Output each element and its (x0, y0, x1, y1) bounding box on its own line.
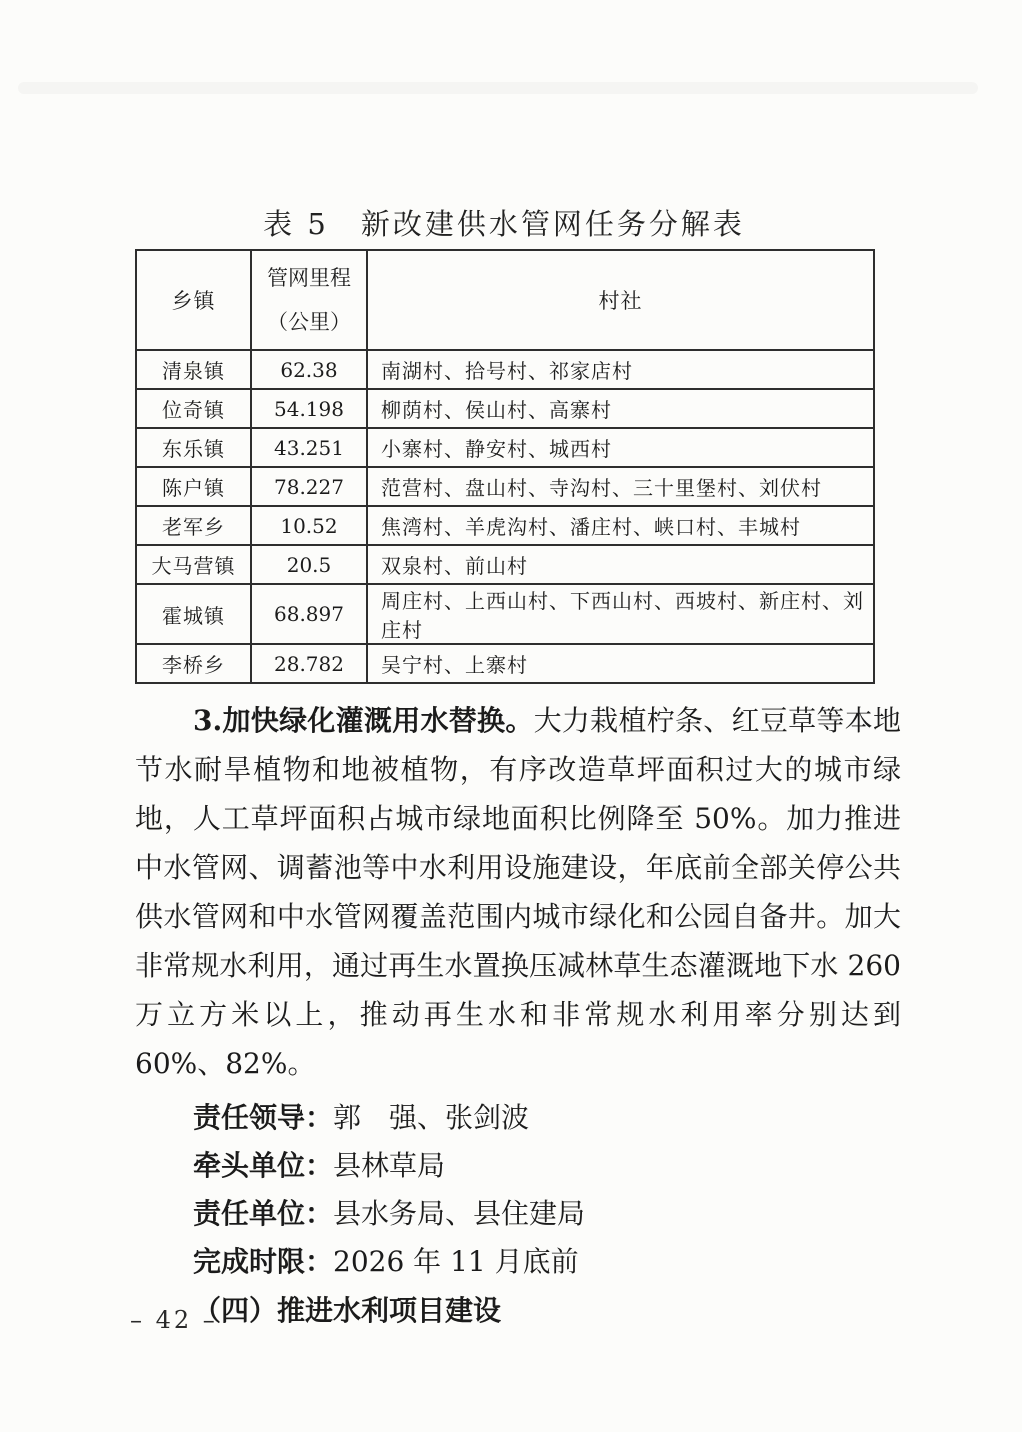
document-page: 表 5 新改建供水管网任务分解表 乡镇 管网里程 （公里） 村社 清泉镇 (0, 0, 1022, 1432)
town-cell: 陈户镇 (136, 467, 251, 506)
header-town: 乡镇 (136, 250, 251, 350)
town-cell: 霍城镇 (136, 584, 251, 644)
detail-value: 郭 强、张剑波 (333, 1101, 529, 1134)
table-row: 清泉镇 62.38 南湖村、拾号村、祁家店村 (136, 350, 874, 389)
table-row: 老军乡 10.52 焦湾村、羊虎沟村、潘庄村、峡口村、丰城村 (136, 506, 874, 545)
villages-cell: 吴宁村、上寨村 (367, 644, 874, 683)
mileage-cell: 28.782 (251, 644, 367, 683)
mileage-cell: 78.227 (251, 467, 367, 506)
detail-label: 责任单位： (193, 1197, 333, 1230)
villages-cell: 柳荫村、侯山村、高寨村 (367, 389, 874, 428)
table-row: 东乐镇 43.251 小寨村、静安村、城西村 (136, 428, 874, 467)
header-mileage: 管网里程 （公里） (251, 250, 367, 350)
paragraph-body: 大力栽植柠条、红豆草等本地节水耐旱植物和地被植物，有序改造草坪面积过大的城市绿地… (135, 704, 901, 1080)
detail-value: 2026 年 11 月底前 (333, 1245, 579, 1278)
detail-line-lead-unit: 牵头单位：县林草局 (135, 1142, 901, 1190)
detail-value: 县林草局 (333, 1149, 445, 1182)
villages-cell: 周庄村、上西山村、下西山村、西坡村、新庄村、刘庄村 (367, 584, 874, 644)
table-row: 陈户镇 78.227 范营村、盘山村、寺沟村、三十里堡村、刘伏村 (136, 467, 874, 506)
town-cell: 大马营镇 (136, 545, 251, 584)
villages-cell: 范营村、盘山村、寺沟村、三十里堡村、刘伏村 (367, 467, 874, 506)
table-row: 大马营镇 20.5 双泉村、前山村 (136, 545, 874, 584)
pipeline-task-table: 乡镇 管网里程 （公里） 村社 清泉镇 62.38 南湖村、拾号村、祁家店村 位… (135, 249, 875, 684)
mileage-cell: 68.897 (251, 584, 367, 644)
table-header-row: 乡镇 管网里程 （公里） 村社 (136, 250, 874, 350)
header-mileage-line1: 管网里程 (252, 256, 366, 300)
header-villages: 村社 (367, 250, 874, 350)
detail-label: 完成时限： (193, 1245, 333, 1278)
responsibility-details: 责任领导：郭 强、张剑波 牵头单位：县林草局 责任单位：县水务局、县住建局 完成… (135, 1094, 901, 1286)
detail-label: 责任领导： (193, 1101, 333, 1134)
mileage-cell: 20.5 (251, 545, 367, 584)
table-row: 霍城镇 68.897 周庄村、上西山村、下西山村、西坡村、新庄村、刘庄村 (136, 584, 874, 644)
table-title: 表 5 新改建供水管网任务分解表 (135, 202, 873, 243)
town-cell: 老军乡 (136, 506, 251, 545)
town-cell: 东乐镇 (136, 428, 251, 467)
villages-cell: 小寨村、静安村、城西村 (367, 428, 874, 467)
detail-line-leader: 责任领导：郭 强、张剑波 (135, 1094, 901, 1142)
header-mileage-line2: （公里） (252, 300, 366, 344)
detail-value: 县水务局、县住建局 (333, 1197, 585, 1230)
page-content: 表 5 新改建供水管网任务分解表 乡镇 管网里程 （公里） 村社 清泉镇 (135, 0, 901, 1336)
villages-cell: 南湖村、拾号村、祁家店村 (367, 350, 874, 389)
table-row: 位奇镇 54.198 柳荫村、侯山村、高寨村 (136, 389, 874, 428)
mileage-cell: 10.52 (251, 506, 367, 545)
villages-cell: 双泉村、前山村 (367, 545, 874, 584)
villages-cell: 焦湾村、羊虎沟村、潘庄村、峡口村、丰城村 (367, 506, 874, 545)
town-cell: 位奇镇 (136, 389, 251, 428)
paragraph-lead: 3.加快绿化灌溉用水替换。 (193, 704, 534, 737)
page-number: – 42 – (130, 1306, 218, 1334)
detail-label: 牵头单位： (193, 1149, 333, 1182)
mileage-cell: 54.198 (251, 389, 367, 428)
table-row: 李桥乡 28.782 吴宁村、上寨村 (136, 644, 874, 683)
section-heading: （四）推进水利项目建设 (135, 1286, 901, 1336)
town-cell: 李桥乡 (136, 644, 251, 683)
town-cell: 清泉镇 (136, 350, 251, 389)
mileage-cell: 43.251 (251, 428, 367, 467)
detail-line-deadline: 完成时限：2026 年 11 月底前 (135, 1238, 901, 1286)
body-paragraph: 3.加快绿化灌溉用水替换。大力栽植柠条、红豆草等本地节水耐旱植物和地被植物，有序… (135, 696, 901, 1088)
detail-line-resp-unit: 责任单位：县水务局、县住建局 (135, 1190, 901, 1238)
mileage-cell: 62.38 (251, 350, 367, 389)
